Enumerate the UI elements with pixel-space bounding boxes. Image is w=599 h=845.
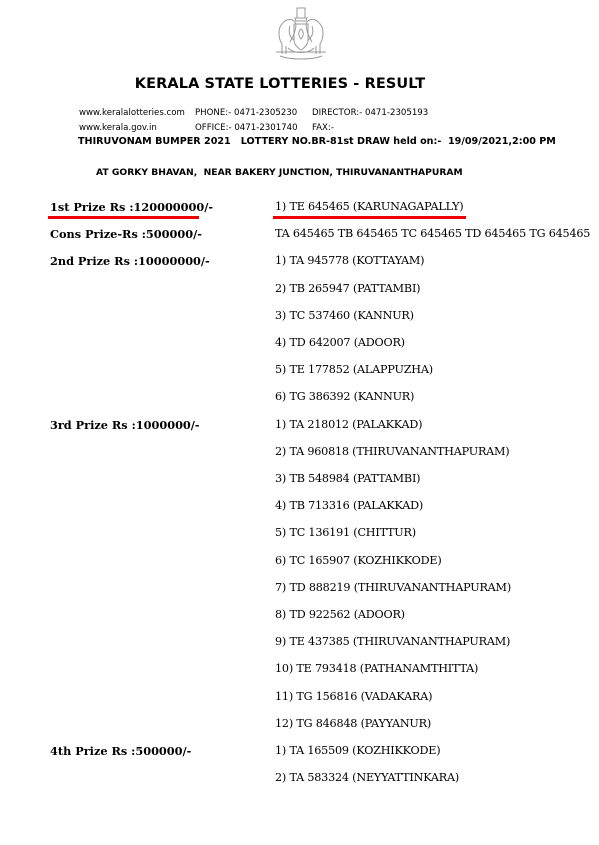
winning-ticket: 3) TB 548984 (PATTAMBI) [275, 472, 420, 485]
winning-ticket: 7) TD 888219 (THIRUVANANTHAPURAM) [275, 581, 511, 594]
winning-ticket: 2) TB 265947 (PATTAMBI) [275, 282, 420, 295]
prize-label: Cons Prize-Rs :500000/- [50, 227, 202, 241]
highlight-underline [48, 216, 199, 219]
winning-ticket: 10) TE 793418 (PATHANAMTHITTA) [275, 662, 478, 675]
phone-number: PHONE:- 0471-2305230 [195, 108, 297, 118]
winning-ticket: 6) TG 386392 (KANNUR) [275, 390, 414, 403]
director-phone: DIRECTOR:- 0471-2305193 [312, 108, 428, 118]
winning-ticket: TA 645465 TB 645465 TC 645465 TD 645465 … [275, 227, 590, 240]
draw-venue: AT GORKY BHAVAN, NEAR BAKERY JUNCTION, T… [96, 167, 463, 178]
winning-ticket: 4) TB 713316 (PALAKKAD) [275, 499, 423, 512]
page-title: KERALA STATE LOTTERIES - RESULT [0, 76, 560, 92]
website-keralalotteries-link[interactable]: www.keralalotteries.com [79, 108, 185, 118]
winning-ticket: 6) TC 165907 (KOZHIKKODE) [275, 554, 442, 567]
winning-ticket: 1) TA 218012 (PALAKKAD) [275, 418, 422, 431]
winning-ticket: 2) TA 583324 (NEYYATTINKARA) [275, 771, 459, 784]
winning-ticket: 1) TA 945778 (KOTTAYAM) [275, 254, 424, 267]
winning-ticket: 5) TE 177852 (ALAPPUZHA) [275, 363, 433, 376]
kerala-state-emblem-icon [268, 2, 334, 68]
winning-ticket: 12) TG 846848 (PAYYANUR) [275, 717, 431, 730]
highlight-underline [273, 216, 466, 219]
website-kerala-gov-link[interactable]: www.kerala.gov.in [79, 123, 157, 133]
prize-label: 4th Prize Rs :500000/- [50, 744, 191, 758]
draw-info: THIRUVONAM BUMPER 2021 LOTTERY NO.BR-81s… [78, 136, 556, 147]
winning-ticket: 2) TA 960818 (THIRUVANANTHAPURAM) [275, 445, 509, 458]
winning-ticket: 9) TE 437385 (THIRUVANANTHAPURAM) [275, 635, 510, 648]
winning-ticket: 4) TD 642007 (ADOOR) [275, 336, 405, 349]
winning-ticket: 5) TC 136191 (CHITTUR) [275, 526, 416, 539]
winning-ticket: 3) TC 537460 (KANNUR) [275, 309, 414, 322]
prize-label: 1st Prize Rs :120000000/- [50, 200, 213, 214]
winning-ticket: 11) TG 156816 (VADAKARA) [275, 690, 432, 703]
office-phone: OFFICE:- 0471-2301740 [195, 123, 298, 133]
fax-number: FAX:- [312, 123, 334, 133]
winning-ticket: 1) TE 645465 (KARUNAGAPALLY) [275, 200, 463, 213]
winning-ticket: 8) TD 922562 (ADOOR) [275, 608, 405, 621]
winning-ticket: 1) TA 165509 (KOZHIKKODE) [275, 744, 440, 757]
prize-label: 2nd Prize Rs :10000000/- [50, 254, 210, 268]
prize-label: 3rd Prize Rs :1000000/- [50, 418, 200, 432]
